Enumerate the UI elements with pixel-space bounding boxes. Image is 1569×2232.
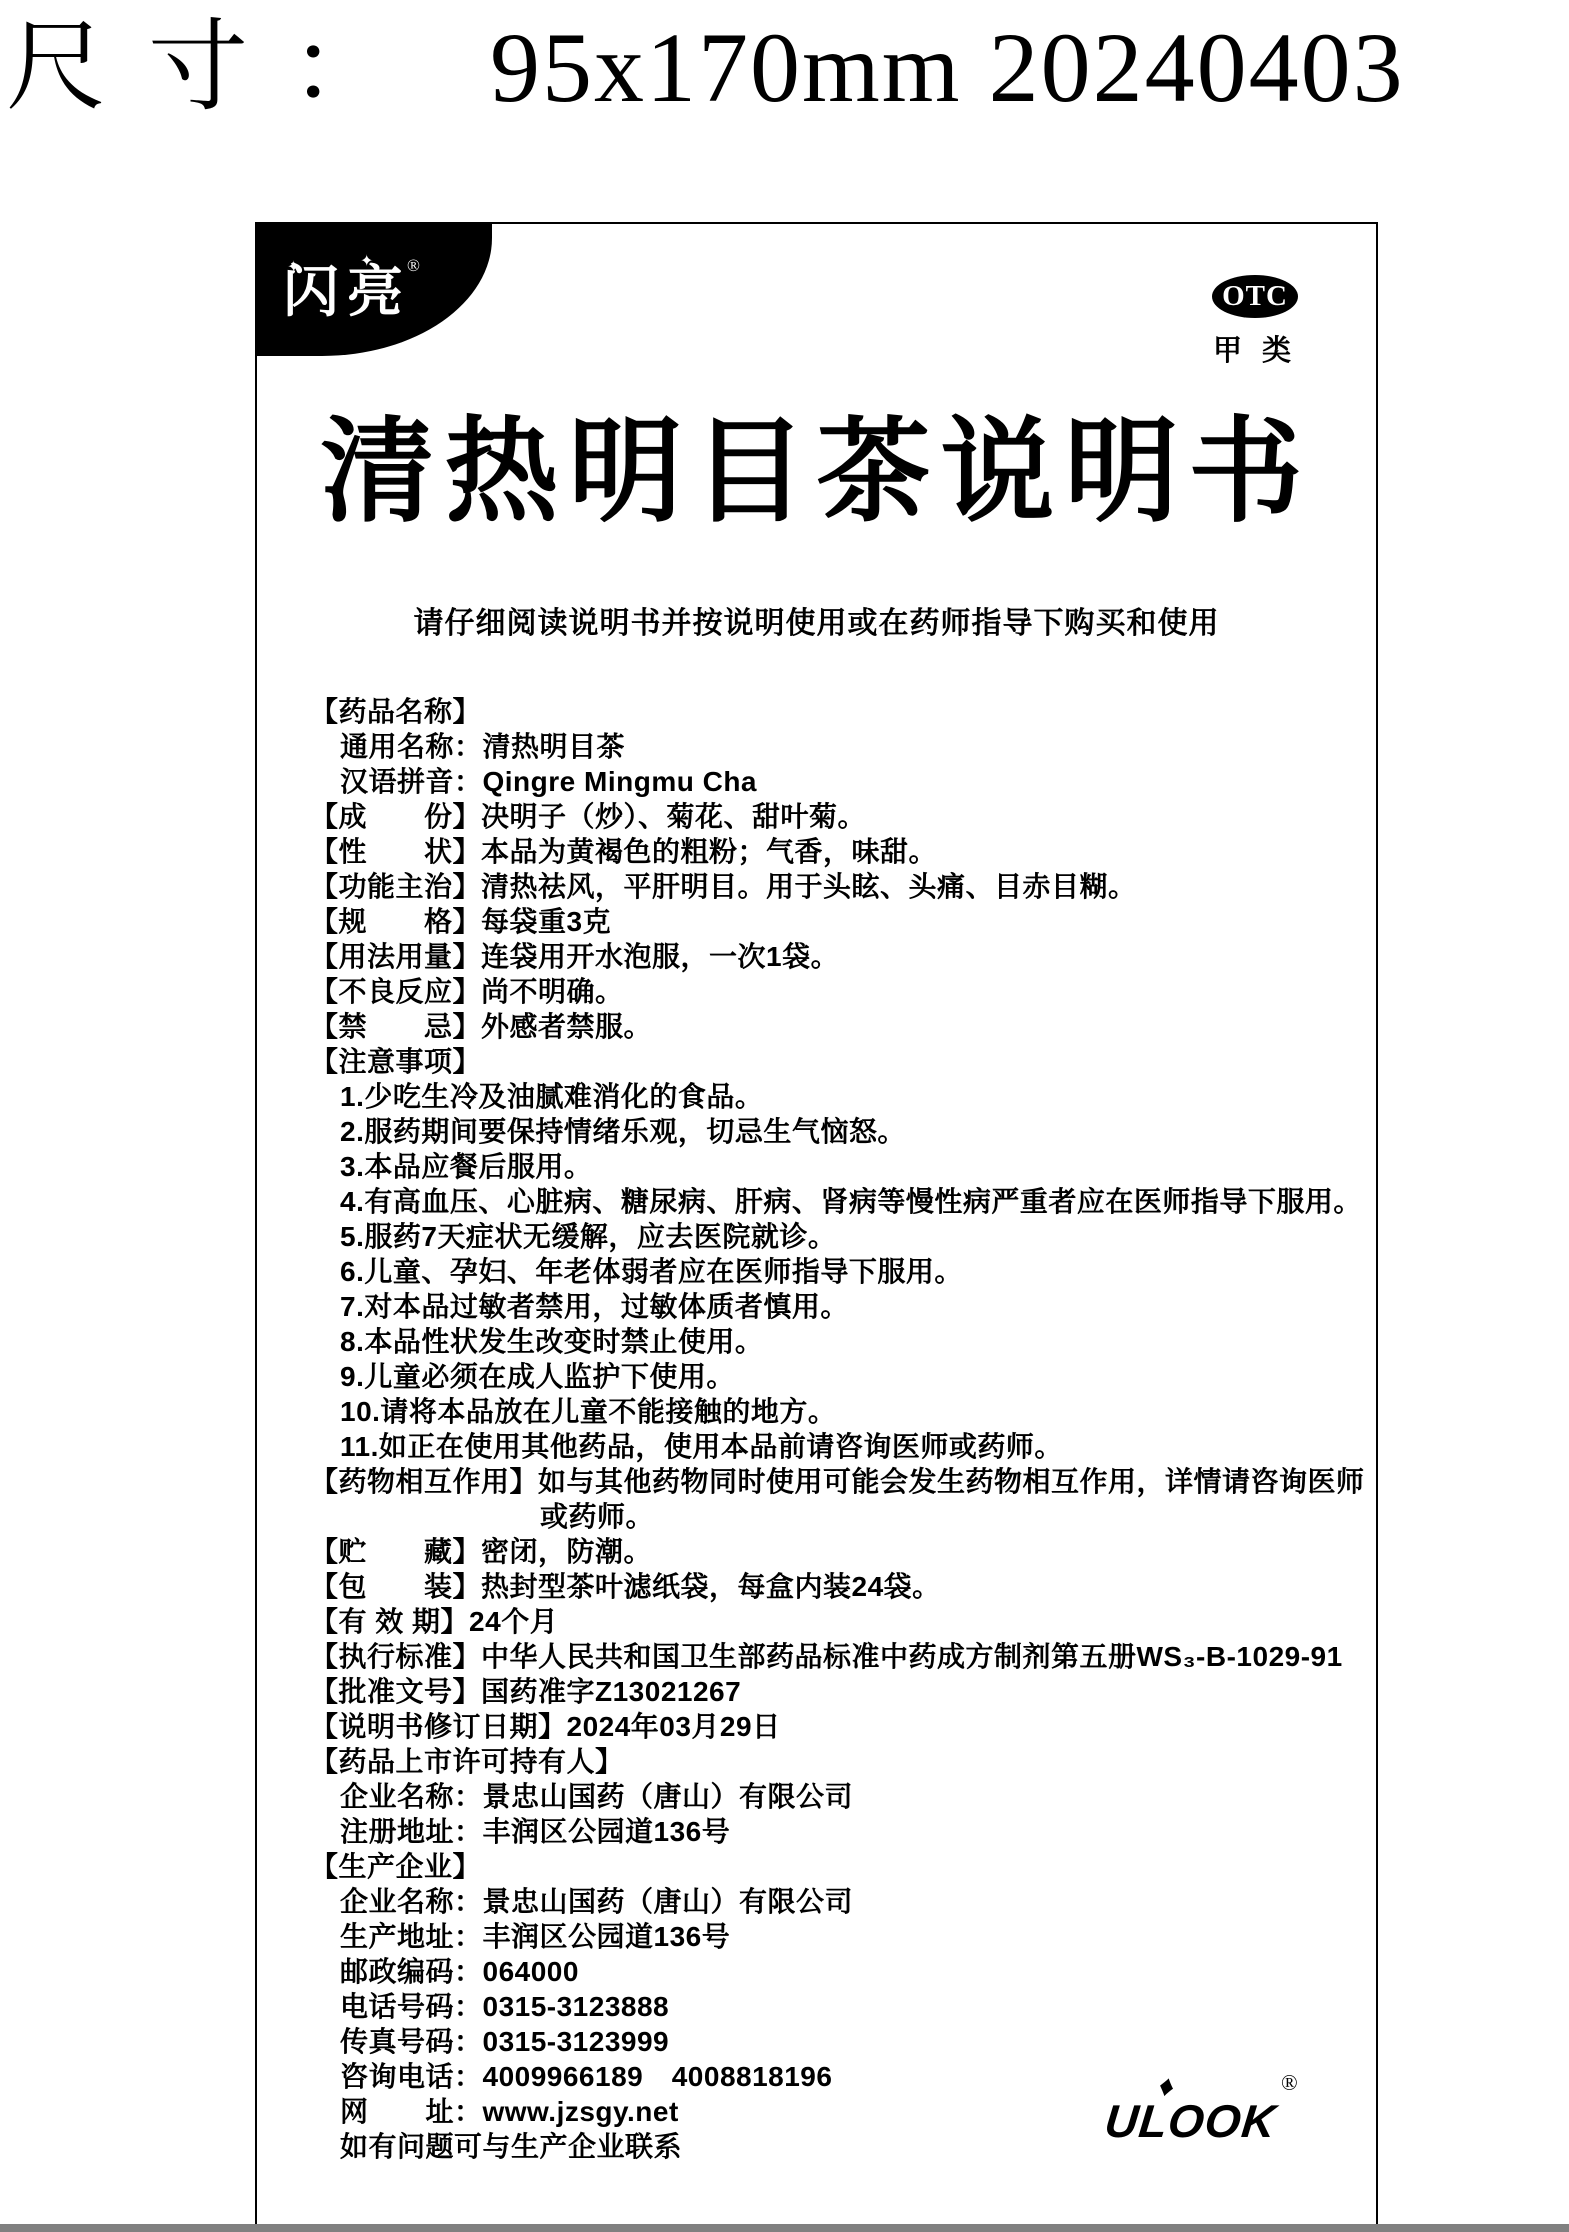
- registered-trademark-icon: ®: [407, 256, 420, 276]
- body-line: 1.少吃生冷及油腻难消化的食品。: [340, 1079, 1368, 1114]
- body-line: 【有 效 期】24个月: [310, 1604, 1368, 1639]
- body-line: 【不良反应】尚不明确。: [310, 974, 1368, 1009]
- body-line: 【注意事项】: [310, 1044, 1368, 1079]
- body-line: 【批准文号】国药准字Z13021267: [310, 1674, 1368, 1709]
- body-lines: 【药品名称】通用名称：清热明目茶汉语拼音：Qingre Mingmu Cha【成…: [310, 694, 1368, 2164]
- body-line: 【执行标准】中华人民共和国卫生部药品标准中药成方制剂第五册WS₃-B-1029-…: [310, 1639, 1368, 1674]
- body-line: 10.请将本品放在儿童不能接触的地方。: [340, 1394, 1368, 1429]
- size-annotation-label: 尺寸：: [6, 12, 432, 123]
- body-line: 电话号码：0315-3123888: [340, 1989, 1368, 2024]
- manufacturer-logo-text: ULOOK: [1103, 2098, 1279, 2144]
- size-annotation-value: 95x170mm 20240403: [490, 12, 1405, 123]
- body-line: 传真号码：0315-3123999: [340, 2024, 1368, 2059]
- body-line: 4.有高血压、心脏病、糖尿病、肝病、肾病等慢性病严重者应在医师指导下服用。: [340, 1184, 1368, 1219]
- body-line: 汉语拼音：Qingre Mingmu Cha: [340, 764, 1368, 799]
- body-line: 企业名称：景忠山国药（唐山）有限公司: [340, 1884, 1368, 1919]
- leaflet-sheet: ✦ ✦ 闪亮 ® OTC 甲 类 清热明目茶说明书 请仔细阅读说明书并按说明使用…: [255, 222, 1378, 2232]
- body-line: 6.儿童、孕妇、年老体弱者应在医师指导下服用。: [340, 1254, 1368, 1289]
- body-line: 【成 份】决明子（炒）、菊花、甜叶菊。: [310, 799, 1368, 834]
- size-annotation: 尺寸：95x170mm 20240403: [6, 0, 1405, 130]
- leaflet-subtitle: 请仔细阅读说明书并按说明使用或在药师指导下购买和使用: [257, 598, 1376, 642]
- body-line: 通用名称：清热明目茶: [340, 729, 1368, 764]
- body-line: 【生产企业】: [310, 1849, 1368, 1884]
- body-line: 【禁 忌】外感者禁服。: [310, 1009, 1368, 1044]
- body-line: 3.本品应餐后服用。: [340, 1149, 1368, 1184]
- body-line: 注册地址：丰润区公园道136号: [340, 1814, 1368, 1849]
- body-line: 【性 状】本品为黄褐色的粗粉；气香，味甜。: [310, 834, 1368, 869]
- body-line: 【规 格】每袋重3克: [310, 904, 1368, 939]
- otc-class-label: 甲 类: [1212, 328, 1298, 369]
- body-line: 9.儿童必须在成人监护下使用。: [340, 1359, 1368, 1394]
- body-line: 7.对本品过敏者禁用，过敏体质者慎用。: [340, 1289, 1368, 1324]
- body-line: 11.如正在使用其他药品，使用本品前请咨询医师或药师。: [340, 1429, 1368, 1464]
- brand-logo-block: ✦ ✦ 闪亮 ®: [257, 224, 492, 356]
- body-line: 【功能主治】清热祛风，平肝明目。用于头眩、头痛、目赤目糊。: [310, 869, 1368, 904]
- body-line: 5.服药7天症状无缓解，应去医院就诊。: [340, 1219, 1368, 1254]
- body-line: 2.服药期间要保持情绪乐观，切忌生气恼怒。: [340, 1114, 1368, 1149]
- body-line: 【包 装】热封型茶叶滤纸袋，每盒内装24袋。: [310, 1569, 1368, 1604]
- leaflet-title: 清热明目茶说明书: [257, 410, 1376, 535]
- body-line: 【用法用量】连袋用开水泡服，一次1袋。: [310, 939, 1368, 974]
- trim-edge-bar: [0, 2224, 1569, 2232]
- body-line: 【药品名称】: [310, 694, 1368, 729]
- body-line: 或药师。: [540, 1499, 1368, 1534]
- manufacturer-logo: ♦ ULOOK ®: [1093, 2076, 1323, 2156]
- body-line: 生产地址：丰润区公园道136号: [340, 1919, 1368, 1954]
- design-proof-canvas: 尺寸：95x170mm 20240403 ✦ ✦ 闪亮 ® OTC 甲 类 清热…: [0, 0, 1569, 2232]
- body-line: 邮政编码：064000: [340, 1954, 1368, 1989]
- body-line: 8.本品性状发生改变时禁止使用。: [340, 1324, 1368, 1359]
- body-line: 【贮 藏】密闭，防潮。: [310, 1534, 1368, 1569]
- brand-logo-text: 闪亮: [283, 264, 411, 320]
- body-line: 【药物相互作用】如与其他药物同时使用可能会发生药物相互作用，详情请咨询医师: [310, 1464, 1368, 1499]
- otc-badge-label: OTC: [1222, 280, 1288, 313]
- body-line: 【药品上市许可持有人】: [310, 1744, 1368, 1779]
- otc-badge: OTC: [1212, 275, 1298, 318]
- registered-trademark-icon: ®: [1281, 2070, 1298, 2096]
- body-line: 【说明书修订日期】2024年03月29日: [310, 1709, 1368, 1744]
- body-line: 企业名称：景忠山国药（唐山）有限公司: [340, 1779, 1368, 1814]
